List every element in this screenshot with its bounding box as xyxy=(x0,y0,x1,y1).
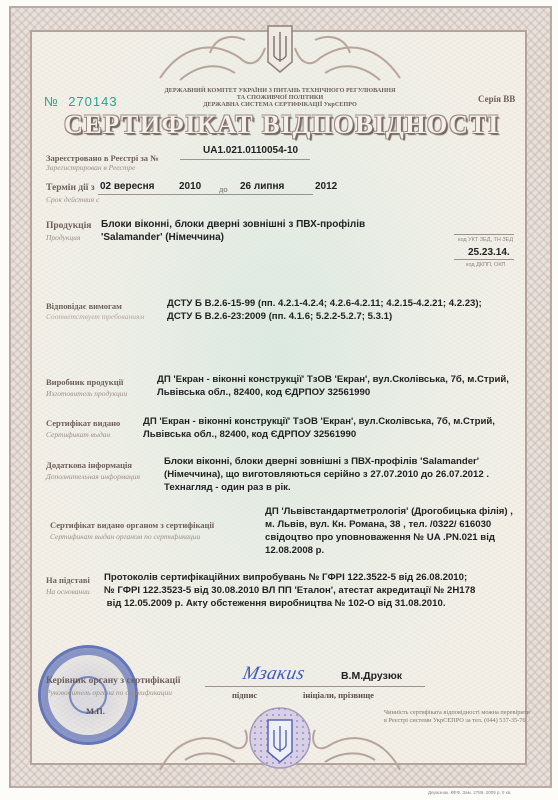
head-of-body-label: Керівник органу з сертифікації xyxy=(46,676,180,686)
signature-underline xyxy=(205,686,425,687)
page-title: СЕРТИФІКАТ ВІДПОВІДНОСТІ xyxy=(62,110,502,140)
name-caption: ініціали, прізвище xyxy=(303,690,374,700)
issuing-body-line-2: м. Львів, вул. Кн. Романа, 38 , тел. /03… xyxy=(265,518,491,532)
verification-note: Чинність сертифіката відповідності можна… xyxy=(384,709,534,725)
manufacturer-label-ru: Изготовитель продукции xyxy=(46,389,127,398)
additional-line-1: Блоки віконні, блоки дверні зовнішні з П… xyxy=(164,455,479,469)
signature: Мзакиs xyxy=(241,663,307,685)
registry-label-ru: Зарегистрирован в Реестре xyxy=(46,163,135,172)
stamp-mark: М.П. xyxy=(86,706,105,716)
registry-label: Зареєстровано в Реєстрі за № xyxy=(46,153,159,163)
printer-imprint: Держзнак. КФФ. Зам. 2789. 2009 р. II кв. xyxy=(428,790,511,795)
code-underline-1 xyxy=(454,234,514,235)
product-label-ru: Продукция xyxy=(46,233,80,242)
validity-to-label: до xyxy=(219,184,228,194)
issuing-body-line-3: свідоцтво про уповноваження № UA .PN.021… xyxy=(265,531,495,545)
requirement-line-2: ДСТУ Б В.2.6-23:2009 (пп. 4.1.6; 5.2.2-5… xyxy=(167,310,392,324)
product-line-2: 'Salamander' (Німеччина) xyxy=(101,231,224,245)
requirements-label: Відповідає вимогам xyxy=(46,301,122,311)
manufacturer-line-1: ДП 'Екран - віконні конструкції' ТзОВ 'Е… xyxy=(157,373,509,387)
basis-line-2: № ГФРІ 122.3523-5 від 30.08.2010 ВЛ ПП '… xyxy=(104,584,475,598)
product-line-1: Блоки віконні, блоки дверні зовнішні з П… xyxy=(101,218,365,232)
coat-of-arms-ornament-icon xyxy=(150,18,410,88)
basis-line-1: Протоколів сертифікаційних випробувань №… xyxy=(104,571,467,585)
additional-info-label-ru: Дополнительная информация xyxy=(46,472,140,481)
validity-label-ru: Срок действия с xyxy=(46,195,99,204)
code-label-dkpp: код ДКПП, ОКП xyxy=(466,262,505,268)
valid-to-date: 26 липня xyxy=(240,180,284,194)
code-underline-2 xyxy=(454,259,514,260)
issued-to-label-ru: Сертификат выдан xyxy=(46,430,110,439)
requirement-line-1: ДСТУ Б В.2.6-15-99 (пп. 4.2.1-4.2.4; 4.2… xyxy=(167,297,482,311)
additional-info-label: Додаткова інформація xyxy=(46,460,132,470)
issuing-body-line-1: ДП 'Львівстандартметрологія' (Дрогобицьк… xyxy=(265,505,513,519)
product-label: Продукція xyxy=(46,221,91,231)
validity-underline xyxy=(98,194,313,195)
number-sign: № xyxy=(44,94,59,109)
valid-from-year: 2010 xyxy=(179,180,201,194)
number-value: 270143 xyxy=(68,94,117,109)
basis-label: На підставі xyxy=(46,575,90,585)
issuing-body-label: Сертифікат видано органом з сертифікації xyxy=(50,520,214,530)
validity-label: Термін дії з xyxy=(46,183,95,193)
signature-caption: підпис xyxy=(232,690,257,700)
issuing-body-label-ru: Сертификат выдан органом по сертификации xyxy=(50,532,200,541)
agency-line-1: ДЕРЖАВНИЙ КОМІТЕТ УКРАЇНИ З ПИТАНЬ ТЕХНІ… xyxy=(130,87,430,94)
series-label: Серія ВВ xyxy=(478,94,515,104)
additional-line-2: (Німеччина), що виготовляються серійно з… xyxy=(164,468,489,482)
basis-line-3: від 12.05.2009 р. Акту обстеження виробн… xyxy=(104,597,445,611)
agency-line-2: ТА СПОЖИВЧОЇ ПОЛІТИКИ xyxy=(130,94,430,101)
issued-to-line-2: Львівська обл., 82400, код ЄДРПОУ 325619… xyxy=(143,428,356,442)
manufacturer-line-2: Львівська обл., 82400, код ЄДРПОУ 325619… xyxy=(157,386,370,400)
issued-to-label: Сертифікат видано xyxy=(46,418,120,428)
basis-label-ru: На основании xyxy=(46,587,90,596)
valid-from-date: 02 вересня xyxy=(100,180,154,194)
requirements-label-ru: Соответствует требованиям xyxy=(46,312,144,321)
product-code: 25.23.14. xyxy=(468,246,510,260)
registry-number: UA1.021.0110054-10 xyxy=(203,144,298,158)
issued-to-line-1: ДП 'Екран - віконні конструкції' ТзОВ 'Е… xyxy=(143,415,495,429)
bottom-coat-of-arms-icon xyxy=(150,700,410,778)
manufacturer-label: Виробник продукції xyxy=(46,377,123,387)
certificate-number: № 270143 xyxy=(44,94,118,109)
signer-name: В.М.Друзюк xyxy=(341,670,402,684)
certificate-page: № 270143 Серія ВВ ДЕРЖАВНИЙ КОМІТЕТ УКРА… xyxy=(0,0,558,800)
additional-line-3: Технагляд - один раз в рік. xyxy=(164,481,291,495)
registry-underline xyxy=(180,159,310,160)
issuing-body-line-4: 12.08.2008 р. xyxy=(265,544,324,558)
valid-to-year: 2012 xyxy=(315,180,337,194)
agency-line-3: ДЕРЖАВНА СИСТЕМА СЕРТИФІКАЦІЇ УкрСЕПРО xyxy=(130,101,430,108)
head-of-body-label-ru: Руководитель органа по сертификации xyxy=(46,688,172,697)
code-label-ukt: код УКТ ЗЕД, ТН ЗЕД xyxy=(458,237,513,243)
